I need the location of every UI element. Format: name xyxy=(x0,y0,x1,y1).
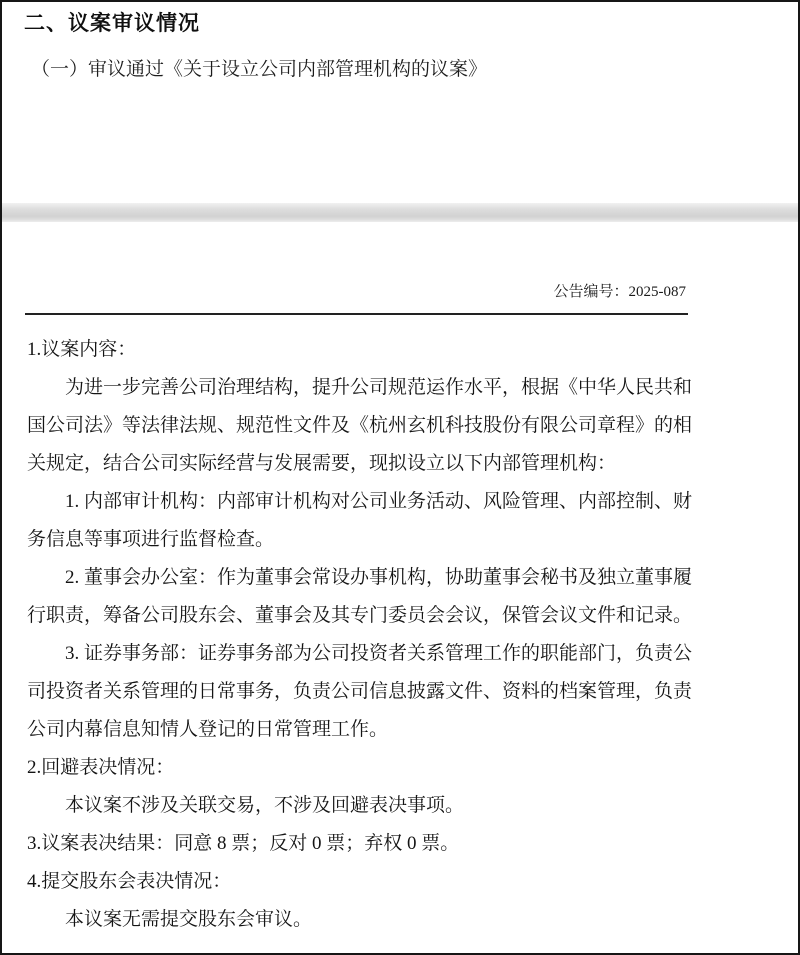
text-line: 本议案不涉及关联交易，不涉及回避表决事项。 xyxy=(27,787,686,825)
page-break-shadow xyxy=(2,203,798,222)
document-page: 二、议案审议情况 （一）审议通过《关于设立公司内部管理机构的议案》 公告编号：2… xyxy=(0,0,800,955)
text-line: 2. 董事会办公室：作为董事会常设办事机构，协助董事会秘书及独立董事履 xyxy=(27,559,686,597)
text-line: 国公司法》等法律法规、规范性文件及《杭州玄机科技股份有限公司章程》的相 xyxy=(27,407,686,445)
text-line: 行职责，筹备公司股东会、董事会及其专门委员会会议，保管会议文件和记录。 xyxy=(27,597,686,635)
text-line: 关规定，结合公司实际经营与发展需要，现拟设立以下内部管理机构： xyxy=(27,445,686,483)
text-line: 司投资者关系管理的日常事务，负责公司信息披露文件、资料的档案管理，负责 xyxy=(27,673,686,711)
announcement-number: 公告编号：2025-087 xyxy=(2,282,798,302)
text-line: 为进一步完善公司治理结构，提升公司规范运作水平，根据《中华人民共和 xyxy=(27,369,686,407)
text-line: 公司内幕信息知情人登记的日常管理工作。 xyxy=(27,711,686,749)
section-heading: 二、议案审议情况 xyxy=(24,11,778,37)
page-2-fragment: 公告编号：2025-087 1.议案内容：为进一步完善公司治理结构，提升公司规范… xyxy=(2,282,798,939)
text-line: 1. 内部审计机构：内部审计机构对公司业务活动、风险管理、内部控制、财 xyxy=(27,483,686,521)
page-1-fragment: 二、议案审议情况 （一）审议通过《关于设立公司内部管理机构的议案》 xyxy=(2,2,798,203)
document-body: 1.议案内容：为进一步完善公司治理结构，提升公司规范运作水平，根据《中华人民共和… xyxy=(2,315,798,939)
text-line: 3.议案表决结果：同意 8 票；反对 0 票；弃权 0 票。 xyxy=(27,825,686,863)
text-line: 2.回避表决情况： xyxy=(27,749,686,787)
text-line: 1.议案内容： xyxy=(27,331,686,369)
proposal-subheading: （一）审议通过《关于设立公司内部管理机构的议案》 xyxy=(24,57,778,83)
text-line: 4.提交股东会表决情况： xyxy=(27,863,686,901)
text-line: 务信息等事项进行监督检查。 xyxy=(27,521,686,559)
text-line: 本议案无需提交股东会审议。 xyxy=(27,901,686,939)
text-line: 3. 证券事务部：证券事务部为公司投资者关系管理工作的职能部门，负责公 xyxy=(27,635,686,673)
